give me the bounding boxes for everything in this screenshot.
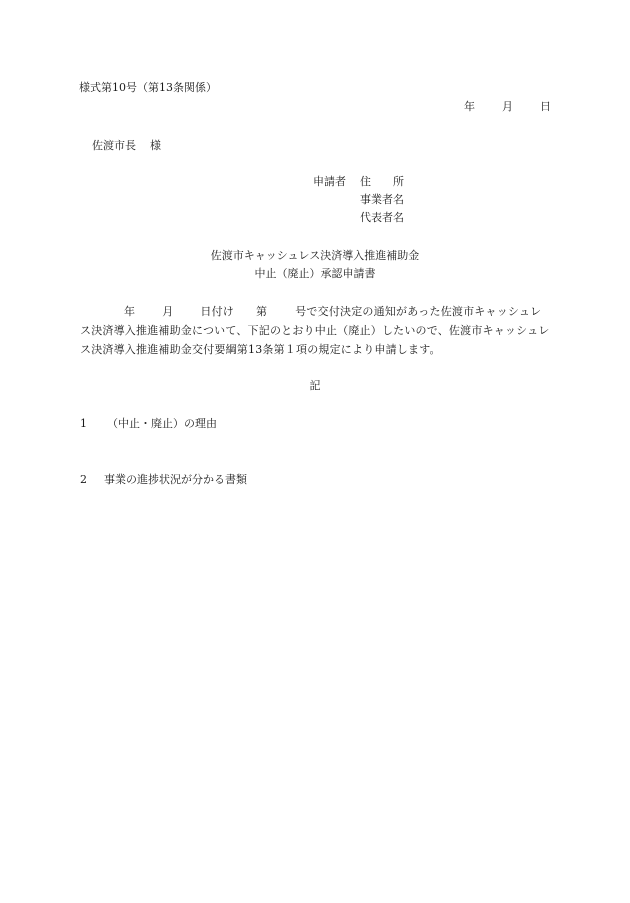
body-paragraph: 年月日付け第号で交付決定の通知があった佐渡市キャッシュレス決済導入推進補助金につ… xyxy=(80,302,550,359)
body-year: 年 xyxy=(124,305,135,318)
addressee-name: 佐渡市長 xyxy=(92,139,136,152)
item-number: 1 xyxy=(80,418,107,429)
applicant-row-business-name: 事業者名 xyxy=(313,194,404,212)
applicant-block: 申請者住所 事業者名 代表者名 xyxy=(313,176,404,230)
item-number: 2 xyxy=(80,474,104,485)
list-item: 1（中止・廃止）の理由 xyxy=(80,418,217,429)
form-number: 様式第10号（第13条関係） xyxy=(79,82,217,93)
title-line-2: 中止（廃止）承認申請書 xyxy=(0,268,630,286)
ki-heading: 記 xyxy=(0,380,630,391)
addressee: 佐渡市長様 xyxy=(92,140,161,151)
item-text: （中止・廃止）の理由 xyxy=(107,417,217,430)
title-line-1: 佐渡市キャッシュレス決済導入推進補助金 xyxy=(0,250,630,268)
date-day-label: 日 xyxy=(540,101,551,112)
address-label-part2: 所 xyxy=(393,175,404,188)
body-month: 月 xyxy=(162,305,173,318)
addressee-honorific: 様 xyxy=(150,139,161,152)
date-month-label: 月 xyxy=(502,101,513,112)
applicant-row-representative: 代表者名 xyxy=(313,212,404,230)
address-label: 住所 xyxy=(360,176,404,187)
applicant-label: 申請者 xyxy=(313,176,360,187)
date-line: 年月日 xyxy=(464,101,551,112)
address-label-part1: 住 xyxy=(360,175,371,188)
list-item: 2事業の進捗状況が分かる書類 xyxy=(80,474,247,485)
body-text: 号で交付決定の通知があった佐渡市キャッシュレス決済導入推進補助金について、下記の… xyxy=(80,305,550,356)
document-title: 佐渡市キャッシュレス決済導入推進補助金 中止（廃止）承認申請書 xyxy=(0,250,630,286)
date-year-label: 年 xyxy=(464,101,475,112)
applicant-row-address: 申請者住所 xyxy=(313,176,404,194)
body-day-suffix: 日付け xyxy=(200,305,234,318)
item-text: 事業の進捗状況が分かる書類 xyxy=(104,473,247,486)
representative-name-label: 代表者名 xyxy=(360,212,404,223)
business-name-label: 事業者名 xyxy=(360,194,404,205)
body-number-prefix: 第 xyxy=(256,305,267,318)
